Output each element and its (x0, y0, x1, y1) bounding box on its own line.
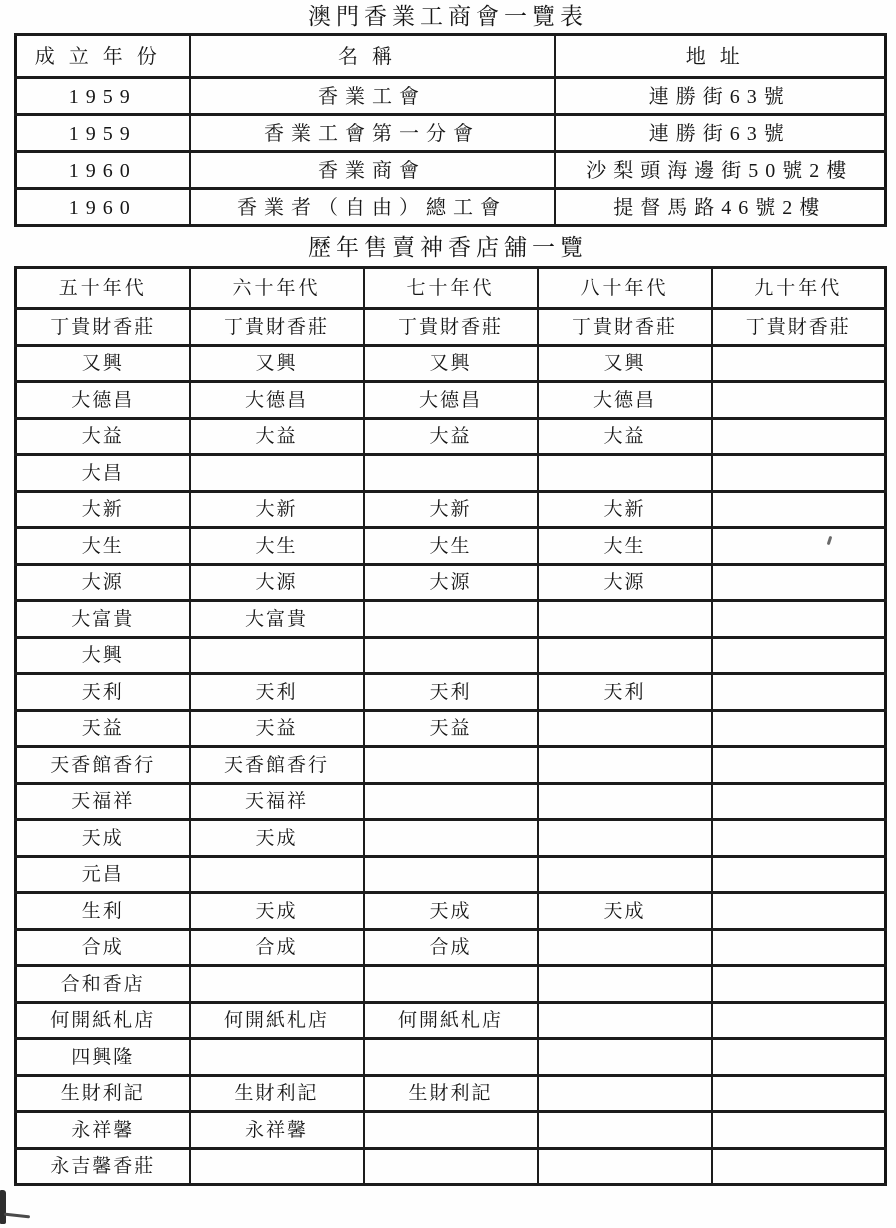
table-row: 天益天益天益 (16, 710, 886, 747)
table-cell-empty (364, 1112, 538, 1149)
table-cell: 天福祥 (16, 783, 190, 820)
table-cell: 1959 (16, 115, 190, 152)
table-row: 大德昌大德昌大德昌大德昌 (16, 382, 886, 419)
table-cell-empty (712, 856, 886, 893)
table-cell-empty (538, 929, 712, 966)
table-cell: 香業商會 (190, 152, 555, 189)
table-cell-empty (538, 1148, 712, 1185)
table-cell: 大源 (538, 564, 712, 601)
table-cell: 大新 (538, 491, 712, 528)
table-cell-empty (364, 783, 538, 820)
table-cell: 又興 (364, 345, 538, 382)
table-cell-empty (712, 893, 886, 930)
table-cell: 天益 (364, 710, 538, 747)
table-cell-empty (712, 564, 886, 601)
table-cell-empty (364, 601, 538, 638)
table-cell: 四興隆 (16, 1039, 190, 1076)
document-page: 澳門香業工商會一覽表 成立年份 名稱 地址 1959香業工會連勝街63號1959… (0, 0, 896, 1228)
table-cell: 丁貴財香莊 (364, 309, 538, 346)
table-cell-empty (712, 674, 886, 711)
table-cell-empty (538, 1039, 712, 1076)
table-row: 1959香業工會第一分會連勝街63號 (16, 115, 886, 152)
table-cell-empty (712, 382, 886, 419)
table-row: 1959香業工會連勝街63號 (16, 78, 886, 115)
shops-table-body: 丁貴財香莊丁貴財香莊丁貴財香莊丁貴財香莊丁貴財香莊又興又興又興又興大德昌大德昌大… (16, 309, 886, 1185)
table-cell: 大益 (190, 418, 364, 455)
table-cell-empty (538, 783, 712, 820)
table-cell: 提督馬路46號2樓 (555, 189, 886, 226)
table-cell: 大新 (16, 491, 190, 528)
table-cell-empty (712, 1075, 886, 1112)
table-cell: 生財利記 (364, 1075, 538, 1112)
table-cell: 丁貴財香莊 (712, 309, 886, 346)
table-cell-empty (712, 637, 886, 674)
table-cell: 連勝街63號 (555, 78, 886, 115)
table-cell: 天成 (538, 893, 712, 930)
table-cell: 丁貴財香莊 (538, 309, 712, 346)
table-cell: 何開紙札店 (190, 1002, 364, 1039)
table-cell-empty (712, 747, 886, 784)
column-header-1950s: 五十年代 (16, 268, 190, 309)
column-header-1960s: 六十年代 (190, 268, 364, 309)
table-row: 丁貴財香莊丁貴財香莊丁貴財香莊丁貴財香莊丁貴財香莊 (16, 309, 886, 346)
column-header-year-founded: 成立年份 (16, 35, 190, 78)
table-cell: 天利 (538, 674, 712, 711)
table-cell: 大源 (16, 564, 190, 601)
table-cell-empty (364, 637, 538, 674)
table-cell: 1959 (16, 78, 190, 115)
table-cell-empty (538, 1075, 712, 1112)
association-table-title: 澳門香業工商會一覽表 (0, 0, 896, 30)
table-cell: 永吉馨香莊 (16, 1148, 190, 1185)
table-cell: 大昌 (16, 455, 190, 492)
table-cell-empty (712, 710, 886, 747)
table-cell: 永祥馨 (190, 1112, 364, 1149)
table-cell: 天成 (190, 893, 364, 930)
table-row: 合成合成合成 (16, 929, 886, 966)
shops-table: 五十年代 六十年代 七十年代 八十年代 九十年代 丁貴財香莊丁貴財香莊丁貴財香莊… (14, 266, 887, 1186)
table-cell: 1960 (16, 189, 190, 226)
table-cell-empty (538, 455, 712, 492)
table-cell-empty (190, 1039, 364, 1076)
table-cell: 合成 (190, 929, 364, 966)
table-cell: 大生 (190, 528, 364, 565)
table-cell: 天益 (16, 710, 190, 747)
table-cell: 香業工會第一分會 (190, 115, 555, 152)
column-header-1990s: 九十年代 (712, 268, 886, 309)
table-cell: 大源 (364, 564, 538, 601)
table-cell-empty (712, 1002, 886, 1039)
table-cell: 合和香店 (16, 966, 190, 1003)
table-cell-empty (538, 1002, 712, 1039)
shops-table-title: 歷年售賣神香店舖一覽 (0, 234, 896, 261)
table-cell-empty (712, 455, 886, 492)
table-cell: 大富貴 (16, 601, 190, 638)
table-cell-empty (364, 856, 538, 893)
table-row: 1960香業商會沙梨頭海邊街50號2樓 (16, 152, 886, 189)
column-header-name: 名稱 (190, 35, 555, 78)
table-cell: 香業者（自由）總工會 (190, 189, 555, 226)
table-cell-empty (190, 1148, 364, 1185)
table-cell: 天利 (16, 674, 190, 711)
table-cell: 天益 (190, 710, 364, 747)
table-cell-empty (364, 820, 538, 857)
table-row: 大興 (16, 637, 886, 674)
table-cell-empty (538, 601, 712, 638)
association-header-row: 成立年份 名稱 地址 (16, 35, 886, 78)
table-cell: 生利 (16, 893, 190, 930)
table-row: 大益大益大益大益 (16, 418, 886, 455)
table-cell-empty (538, 820, 712, 857)
table-cell: 又興 (16, 345, 190, 382)
table-cell: 天福祥 (190, 783, 364, 820)
table-cell: 大德昌 (190, 382, 364, 419)
table-cell-empty (712, 820, 886, 857)
table-row: 天利天利天利天利 (16, 674, 886, 711)
table-cell: 大德昌 (538, 382, 712, 419)
table-cell: 生財利記 (190, 1075, 364, 1112)
table-cell-empty (712, 491, 886, 528)
table-cell: 大富貴 (190, 601, 364, 638)
table-cell: 大源 (190, 564, 364, 601)
table-cell-empty (712, 418, 886, 455)
table-cell-empty (712, 345, 886, 382)
table-row: 大昌 (16, 455, 886, 492)
table-cell: 大興 (16, 637, 190, 674)
table-cell: 天成 (364, 893, 538, 930)
table-cell-empty (538, 710, 712, 747)
table-cell: 永祥馨 (16, 1112, 190, 1149)
column-header-1970s: 七十年代 (364, 268, 538, 309)
table-cell-empty (712, 1039, 886, 1076)
table-cell-empty (190, 966, 364, 1003)
table-cell: 連勝街63號 (555, 115, 886, 152)
table-row: 合和香店 (16, 966, 886, 1003)
table-row: 天福祥天福祥 (16, 783, 886, 820)
table-row: 大新大新大新大新 (16, 491, 886, 528)
table-row: 大富貴大富貴 (16, 601, 886, 638)
table-cell: 大益 (16, 418, 190, 455)
table-cell: 生財利記 (16, 1075, 190, 1112)
table-row: 元昌 (16, 856, 886, 893)
table-row: 生利天成天成天成 (16, 893, 886, 930)
table-cell-empty (364, 747, 538, 784)
table-cell: 何開紙札店 (364, 1002, 538, 1039)
association-table-body: 1959香業工會連勝街63號1959香業工會第一分會連勝街63號1960香業商會… (16, 78, 886, 226)
table-row: 生財利記生財利記生財利記 (16, 1075, 886, 1112)
table-cell: 大新 (190, 491, 364, 528)
column-header-1980s: 八十年代 (538, 268, 712, 309)
table-cell: 大德昌 (16, 382, 190, 419)
table-cell: 天成 (190, 820, 364, 857)
table-row: 天成天成 (16, 820, 886, 857)
table-cell-empty (190, 637, 364, 674)
table-cell-empty (190, 455, 364, 492)
scan-artifact-stroke (4, 1213, 30, 1219)
table-cell: 又興 (538, 345, 712, 382)
table-cell: 大新 (364, 491, 538, 528)
table-row: 四興隆 (16, 1039, 886, 1076)
table-cell: 天成 (16, 820, 190, 857)
table-row: 永祥馨永祥馨 (16, 1112, 886, 1149)
table-row: 大生大生大生大生 (16, 528, 886, 565)
table-cell-empty (364, 966, 538, 1003)
association-table: 成立年份 名稱 地址 1959香業工會連勝街63號1959香業工會第一分會連勝街… (14, 33, 887, 227)
table-cell: 大德昌 (364, 382, 538, 419)
table-cell: 天利 (190, 674, 364, 711)
table-cell: 丁貴財香莊 (16, 309, 190, 346)
table-cell: 大益 (538, 418, 712, 455)
table-cell-empty (538, 637, 712, 674)
table-row: 1960香業者（自由）總工會提督馬路46號2樓 (16, 189, 886, 226)
table-cell: 合成 (16, 929, 190, 966)
table-cell-empty (190, 856, 364, 893)
table-row: 天香館香行天香館香行 (16, 747, 886, 784)
table-cell-empty (538, 966, 712, 1003)
table-cell-empty (538, 747, 712, 784)
table-cell: 丁貴財香莊 (190, 309, 364, 346)
table-cell-empty (538, 1112, 712, 1149)
column-header-address: 地址 (555, 35, 886, 78)
table-cell: 大益 (364, 418, 538, 455)
table-row: 大源大源大源大源 (16, 564, 886, 601)
table-cell: 元昌 (16, 856, 190, 893)
table-cell: 天香館香行 (190, 747, 364, 784)
table-row: 永吉馨香莊 (16, 1148, 886, 1185)
table-cell-empty (712, 1148, 886, 1185)
table-cell-empty (712, 601, 886, 638)
table-cell-empty (712, 1112, 886, 1149)
table-cell-empty (364, 455, 538, 492)
table-cell: 何開紙札店 (16, 1002, 190, 1039)
table-cell-empty (712, 783, 886, 820)
scan-artifact-smudge (0, 1190, 6, 1224)
table-cell-empty (712, 929, 886, 966)
table-cell: 又興 (190, 345, 364, 382)
table-row: 又興又興又興又興 (16, 345, 886, 382)
shops-header-row: 五十年代 六十年代 七十年代 八十年代 九十年代 (16, 268, 886, 309)
table-cell: 天香館香行 (16, 747, 190, 784)
table-cell: 大生 (538, 528, 712, 565)
table-cell: 香業工會 (190, 78, 555, 115)
table-cell: 沙梨頭海邊街50號2樓 (555, 152, 886, 189)
table-cell-empty (364, 1039, 538, 1076)
table-cell: 天利 (364, 674, 538, 711)
table-cell-empty (712, 966, 886, 1003)
table-cell: 大生 (16, 528, 190, 565)
table-cell-empty (712, 528, 886, 565)
table-cell: 合成 (364, 929, 538, 966)
table-cell: 大生 (364, 528, 538, 565)
table-cell-empty (364, 1148, 538, 1185)
table-cell: 1960 (16, 152, 190, 189)
table-row: 何開紙札店何開紙札店何開紙札店 (16, 1002, 886, 1039)
table-cell-empty (538, 856, 712, 893)
